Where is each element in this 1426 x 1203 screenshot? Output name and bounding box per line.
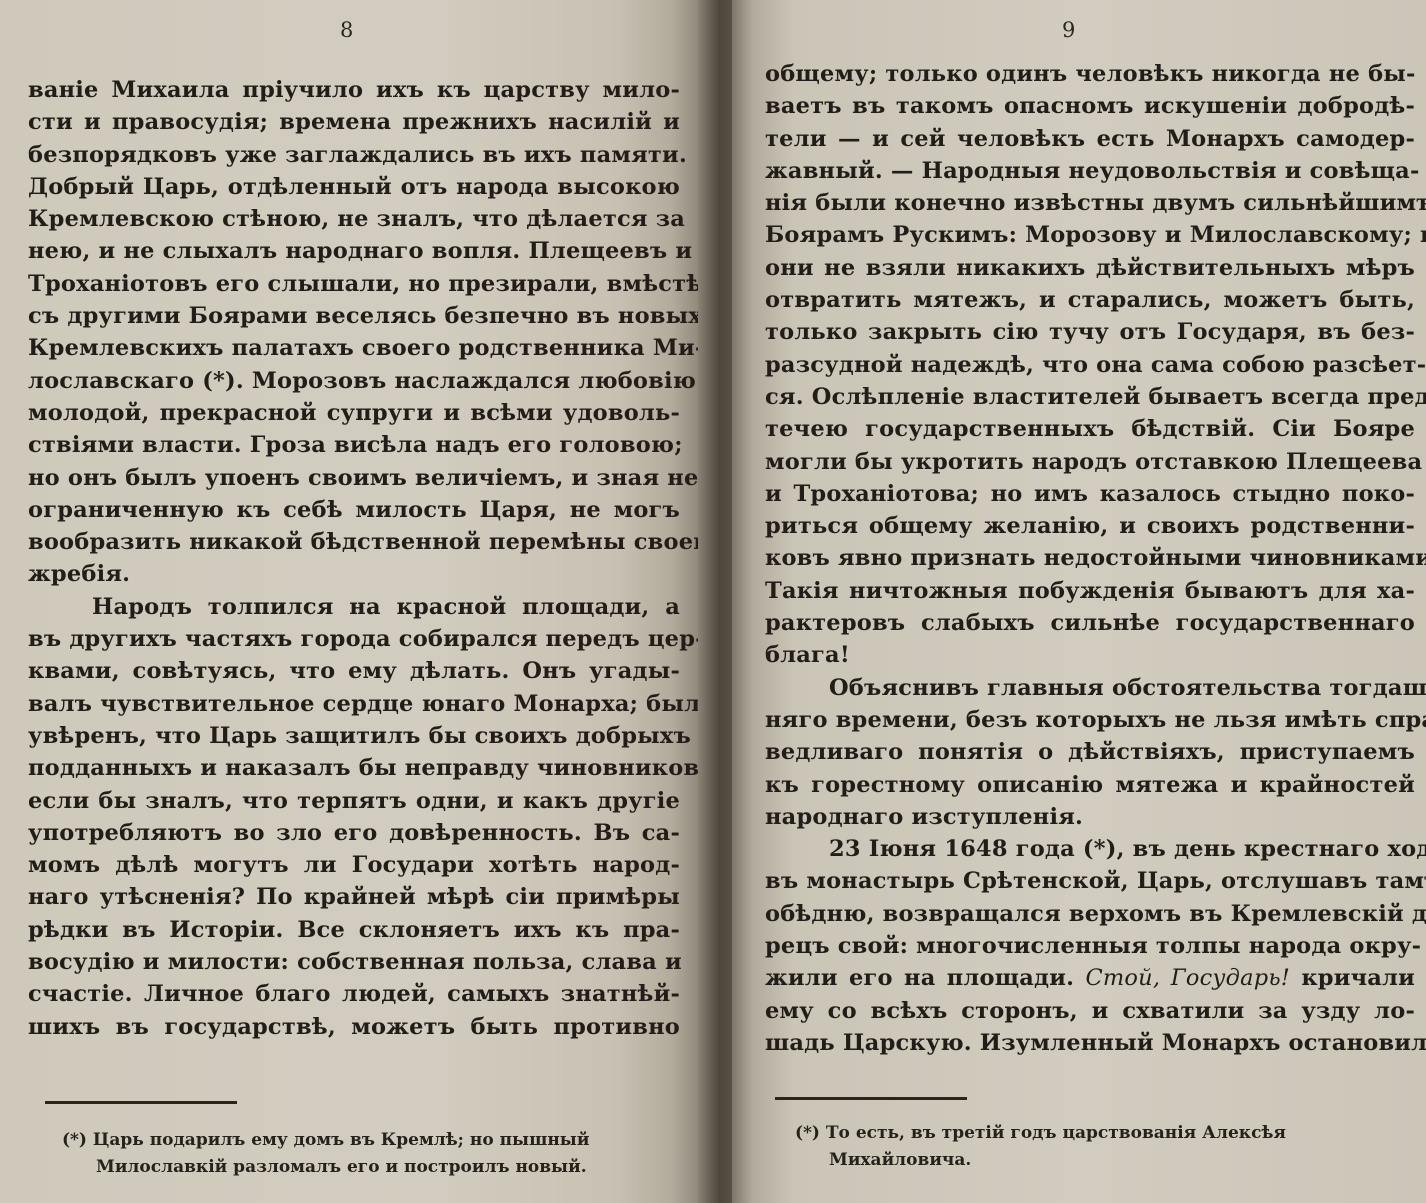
text-line: но онъ былъ упоенъ своимъ величіемъ, и з… [28, 462, 680, 494]
text-line: момъ дѣлѣ могутъ ли Государи хотѣть наро… [28, 849, 680, 881]
text-line: жребія. [28, 558, 680, 590]
footnote: (*) То есть, въ третій годъ царствованія… [795, 1120, 1415, 1174]
text-line: они не взяли никакихъ дѣйствительныхъ мѣ… [765, 252, 1415, 284]
text-line: валъ чувствительное сердце юнаго Монарха… [28, 688, 680, 720]
text-line: счастіе. Личное благо людей, самыхъ знат… [28, 978, 680, 1010]
text-line: къ горестному описанію мятежа и крайност… [765, 769, 1415, 801]
footnote-text: Михайловича. [795, 1147, 1415, 1174]
text-line: сти и правосудія; времена прежнихъ насил… [28, 106, 680, 138]
text-line: риться общему желанію, и своихъ родствен… [765, 510, 1415, 542]
left-page: 8 ваніе Михаила пріучило ихъ къ царству … [0, 0, 700, 1203]
paragraph-start: Народъ толпился на красной площади, а [28, 591, 680, 623]
text-line: шихъ въ государствѣ, можетъ быть противн… [28, 1011, 680, 1043]
text-line: могли бы укротить народъ отставкою Плеще… [765, 446, 1415, 478]
page-number: 9 [1062, 18, 1075, 42]
footnote: (*) Царь подарилъ ему домъ въ Кремлѣ; но… [62, 1127, 687, 1181]
text-line: народнаго изступленія. [765, 801, 1415, 833]
text-line: течею государственныхъ бѣдствій. Сіи Боя… [765, 413, 1415, 445]
text-line: молодой, прекрасной супруги и всѣми удов… [28, 397, 680, 429]
text-line: рѣдки въ Исторіи. Все склоняетъ ихъ къ п… [28, 914, 680, 946]
text-line: обѣдню, возвращался верхомъ въ Кремлевск… [765, 898, 1415, 930]
book-gutter [698, 0, 734, 1203]
text-line: ведливаго понятія о дѣйствіяхъ, приступа… [765, 736, 1415, 768]
page-number: 8 [340, 18, 353, 42]
text-line: Кремлевскою стѣною, не зналъ, что дѣлает… [28, 203, 680, 235]
text-line-with-italic: жили его на площади. Стой, Государь! кри… [765, 962, 1415, 994]
footnote-rule [775, 1097, 967, 1100]
text-line: ся. Ослѣпленіе властителей бываетъ всегд… [765, 381, 1415, 413]
text-line: жавный. — Народныя неудовольствія и совѣ… [765, 155, 1415, 187]
paragraph-start: 23 Іюня 1648 года (*), въ день крестнаго… [765, 833, 1415, 865]
text-line: Боярамъ Рускимъ: Морозову и Милославском… [765, 219, 1415, 251]
text-line: только закрыть сію тучу отъ Государя, въ… [765, 316, 1415, 348]
text-line: и Троханіотова; но имъ казалось стыдно п… [765, 478, 1415, 510]
text-line: съ другими Боярами веселясь безпечно въ … [28, 300, 680, 332]
text-line: отвратить мятежъ, и старались, можетъ бы… [765, 284, 1415, 316]
body-text: общему; только одинъ человѣкъ никогда не… [765, 58, 1415, 1059]
text-line: подданныхъ и наказалъ бы неправду чиновн… [28, 752, 680, 784]
text-line: шадь Царскую. Изумленный Монархъ останов… [765, 1027, 1415, 1059]
body-text: ваніе Михаила пріучило ихъ къ царству ми… [28, 74, 680, 1043]
text-line: Такія ничтожныя побужденія бываютъ для х… [765, 575, 1415, 607]
text-line: ваніе Михаила пріучило ихъ къ царству ми… [28, 74, 680, 106]
text-line: ствіями власти. Гроза висѣла надъ его го… [28, 429, 680, 461]
text-line: ковъ явно признать недостойными чиновник… [765, 542, 1415, 574]
text-line: общему; только одинъ человѣкъ никогда не… [765, 58, 1415, 90]
text-line: вообразить никакой бѣдственной перемѣны … [28, 526, 680, 558]
text-line: ему со всѣхъ сторонъ, и схватили за узду… [765, 995, 1415, 1027]
italic-quote: Стой, Государь! [1085, 965, 1290, 991]
text-line: безпорядковъ уже заглаждались въ ихъ пам… [28, 139, 680, 171]
footnote-marker: (*) [62, 1130, 87, 1150]
text-line: Добрый Царь, отдѣленный отъ народа высок… [28, 171, 680, 203]
footnote-text: То есть, въ третій годъ царствованія Але… [826, 1123, 1286, 1143]
text-line: въ монастырь Срѣтенской, Царь, отслушавъ… [765, 865, 1415, 897]
text-line: рецъ свой: многочисленныя толпы народа о… [765, 930, 1415, 962]
text-line: увѣренъ, что Царь защитилъ бы своихъ доб… [28, 720, 680, 752]
footnote-text: Милославкій разломалъ его и построилъ но… [62, 1154, 687, 1181]
text-line: разсудной надеждѣ, что она сама собою ра… [765, 349, 1415, 381]
footnote-marker: (*) [795, 1123, 820, 1143]
text-line: употребляютъ во зло его довѣренность. Въ… [28, 817, 680, 849]
text-line: блага! [765, 639, 1415, 671]
text-line: няго времени, безъ которыхъ не льзя имѣт… [765, 704, 1415, 736]
text-line: Кремлевскихъ палатахъ своего родственник… [28, 332, 680, 364]
text-line: нія были конечно извѣстны двумъ сильнѣйш… [765, 187, 1415, 219]
text-line: рактеровъ слабыхъ сильнѣе государственна… [765, 607, 1415, 639]
text-line: нею, и не слыхалъ народнаго вопля. Плеще… [28, 235, 680, 267]
text-line: лославскаго (*). Морозовъ наслаждался лю… [28, 365, 680, 397]
text-line: восудію и милости: собственная польза, с… [28, 946, 680, 978]
footnote-text: Царь подарилъ ему домъ въ Кремлѣ; но пыш… [93, 1130, 590, 1150]
text-line: ваетъ въ такомъ опасномъ искушеніи добро… [765, 90, 1415, 122]
footnote-rule [45, 1101, 237, 1104]
text-line: наго утѣсненія? По крайней мѣрѣ сіи прим… [28, 881, 680, 913]
paragraph-start: Объяснивъ главныя обстоятельства тогдаш- [765, 672, 1415, 704]
text-line: ограниченную къ себѣ милость Царя, не мо… [28, 494, 680, 526]
text-line: Троханіотовъ его слышали, но презирали, … [28, 268, 680, 300]
text-line: если бы зналъ, что терпятъ одни, и какъ … [28, 785, 680, 817]
text-line: тели — и сей человѣкъ есть Монархъ самод… [765, 123, 1415, 155]
text-line: квами, совѣтуясь, что ему дѣлать. Онъ уг… [28, 655, 680, 687]
right-page: 9 общему; только одинъ человѣкъ никогда … [732, 0, 1426, 1203]
text-line: въ другихъ частяхъ города собирался пере… [28, 623, 680, 655]
